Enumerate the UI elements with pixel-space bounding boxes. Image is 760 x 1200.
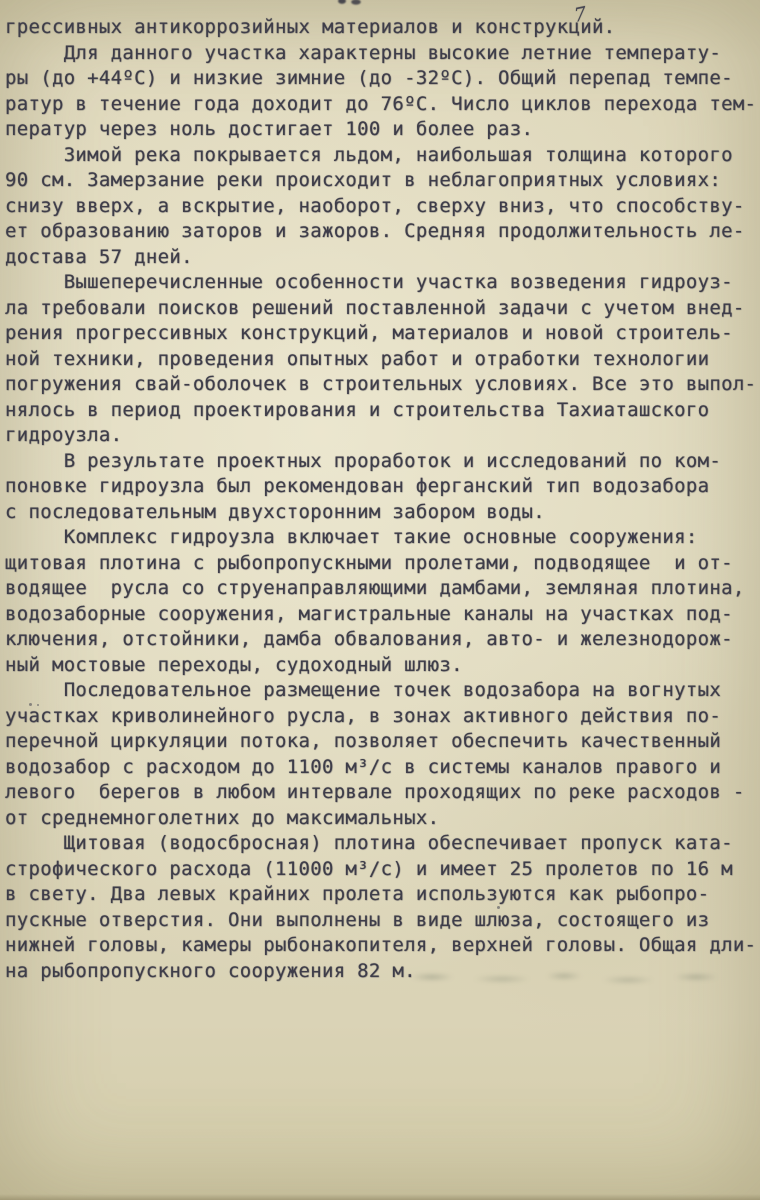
text-line: погружения свай-оболочек в строительных … bbox=[5, 372, 757, 398]
text-line: рения прогрессивных конструкций, материа… bbox=[5, 321, 757, 347]
text-line: ператур через ноль достигает 100 и более… bbox=[5, 117, 757, 143]
text-line: строфического расхода (11000 м³/с) и име… bbox=[5, 857, 757, 883]
text-line: В результате проектных проработок и иссл… bbox=[5, 449, 757, 475]
text-line: нялось в период проектирования и строите… bbox=[5, 398, 757, 424]
text-line: пускные отверстия. Они выполнены в виде … bbox=[5, 908, 757, 934]
text-line: Последовательное размещение точек водоза… bbox=[5, 678, 757, 704]
text-line: левого берегов в любом интервале проходя… bbox=[5, 780, 757, 806]
text-line: водящее русла со струенаправляющими дамб… bbox=[5, 576, 757, 602]
text-line: нижней головы, камеры рыбонакопителя, ве… bbox=[5, 933, 757, 959]
text-line: ла требовали поисков решений поставленно… bbox=[5, 296, 757, 322]
text-line: Комплекс гидроузла включает такие основн… bbox=[5, 525, 757, 551]
text-line: достава 57 дней. bbox=[5, 245, 757, 271]
text-line: ет образованию заторов и зажоров. Средня… bbox=[5, 219, 757, 245]
text-line: ключения, отстойники, дамба обвалования,… bbox=[5, 627, 757, 653]
text-line: водозаборные сооружения, магистральные к… bbox=[5, 602, 757, 628]
text-line: от среднемноголетних до максимальных. bbox=[5, 806, 757, 832]
text-line: Щитовая (водосбросная) плотина обеспечив… bbox=[5, 831, 757, 857]
text-line: перечной циркуляции потока, позволяет об… bbox=[5, 729, 757, 755]
text-line: с последовательным двухсторонним забором… bbox=[5, 500, 757, 526]
text-line: Зимой река покрывается льдом, наибольшая… bbox=[5, 143, 757, 169]
text-line: ный мостовые переходы, судоходный шлюз. bbox=[5, 653, 757, 679]
text-line: грессивных антикоррозийных материалов и … bbox=[5, 15, 757, 41]
text-line: водозабор с расходом до 1100 м³/с в сист… bbox=[5, 755, 757, 781]
ink-speck bbox=[497, 906, 500, 909]
document-page: 7 грессивных антикоррозийных материалов … bbox=[0, 0, 760, 1200]
text-line: в свету. Два левых крайних пролета испол… bbox=[5, 882, 757, 908]
text-line: гидроузла. bbox=[5, 423, 757, 449]
ink-speck bbox=[37, 704, 39, 706]
text-line: Для данного участка характерны высокие л… bbox=[5, 41, 757, 67]
text-line: 90 см. Замерзание реки происходит в небл… bbox=[5, 168, 757, 194]
text-line: ной техники, проведения опытных работ и … bbox=[5, 347, 757, 373]
cut-off-mark bbox=[333, 0, 367, 8]
ink-speck bbox=[29, 703, 32, 706]
text-line: Вышеперечисленные особенности участка во… bbox=[5, 270, 757, 296]
text-line: щитовая плотина с рыбопропускными пролет… bbox=[5, 551, 757, 577]
text-line: участках криволинейного русла, в зонах а… bbox=[5, 704, 757, 730]
text-line: снизу вверх, а вскрытие, наоборот, сверх… bbox=[5, 194, 757, 220]
ink-bleed-smudge bbox=[396, 964, 744, 992]
text-line: ры (до +44ºС) и низкие зимние (до -32ºС)… bbox=[5, 66, 757, 92]
text-line: ратур в течение года доходит до 76ºС. Чи… bbox=[5, 92, 757, 118]
typewritten-text: грессивных антикоррозийных материалов и … bbox=[5, 15, 757, 984]
text-line: поновке гидроузла был рекомендован ферга… bbox=[5, 474, 757, 500]
